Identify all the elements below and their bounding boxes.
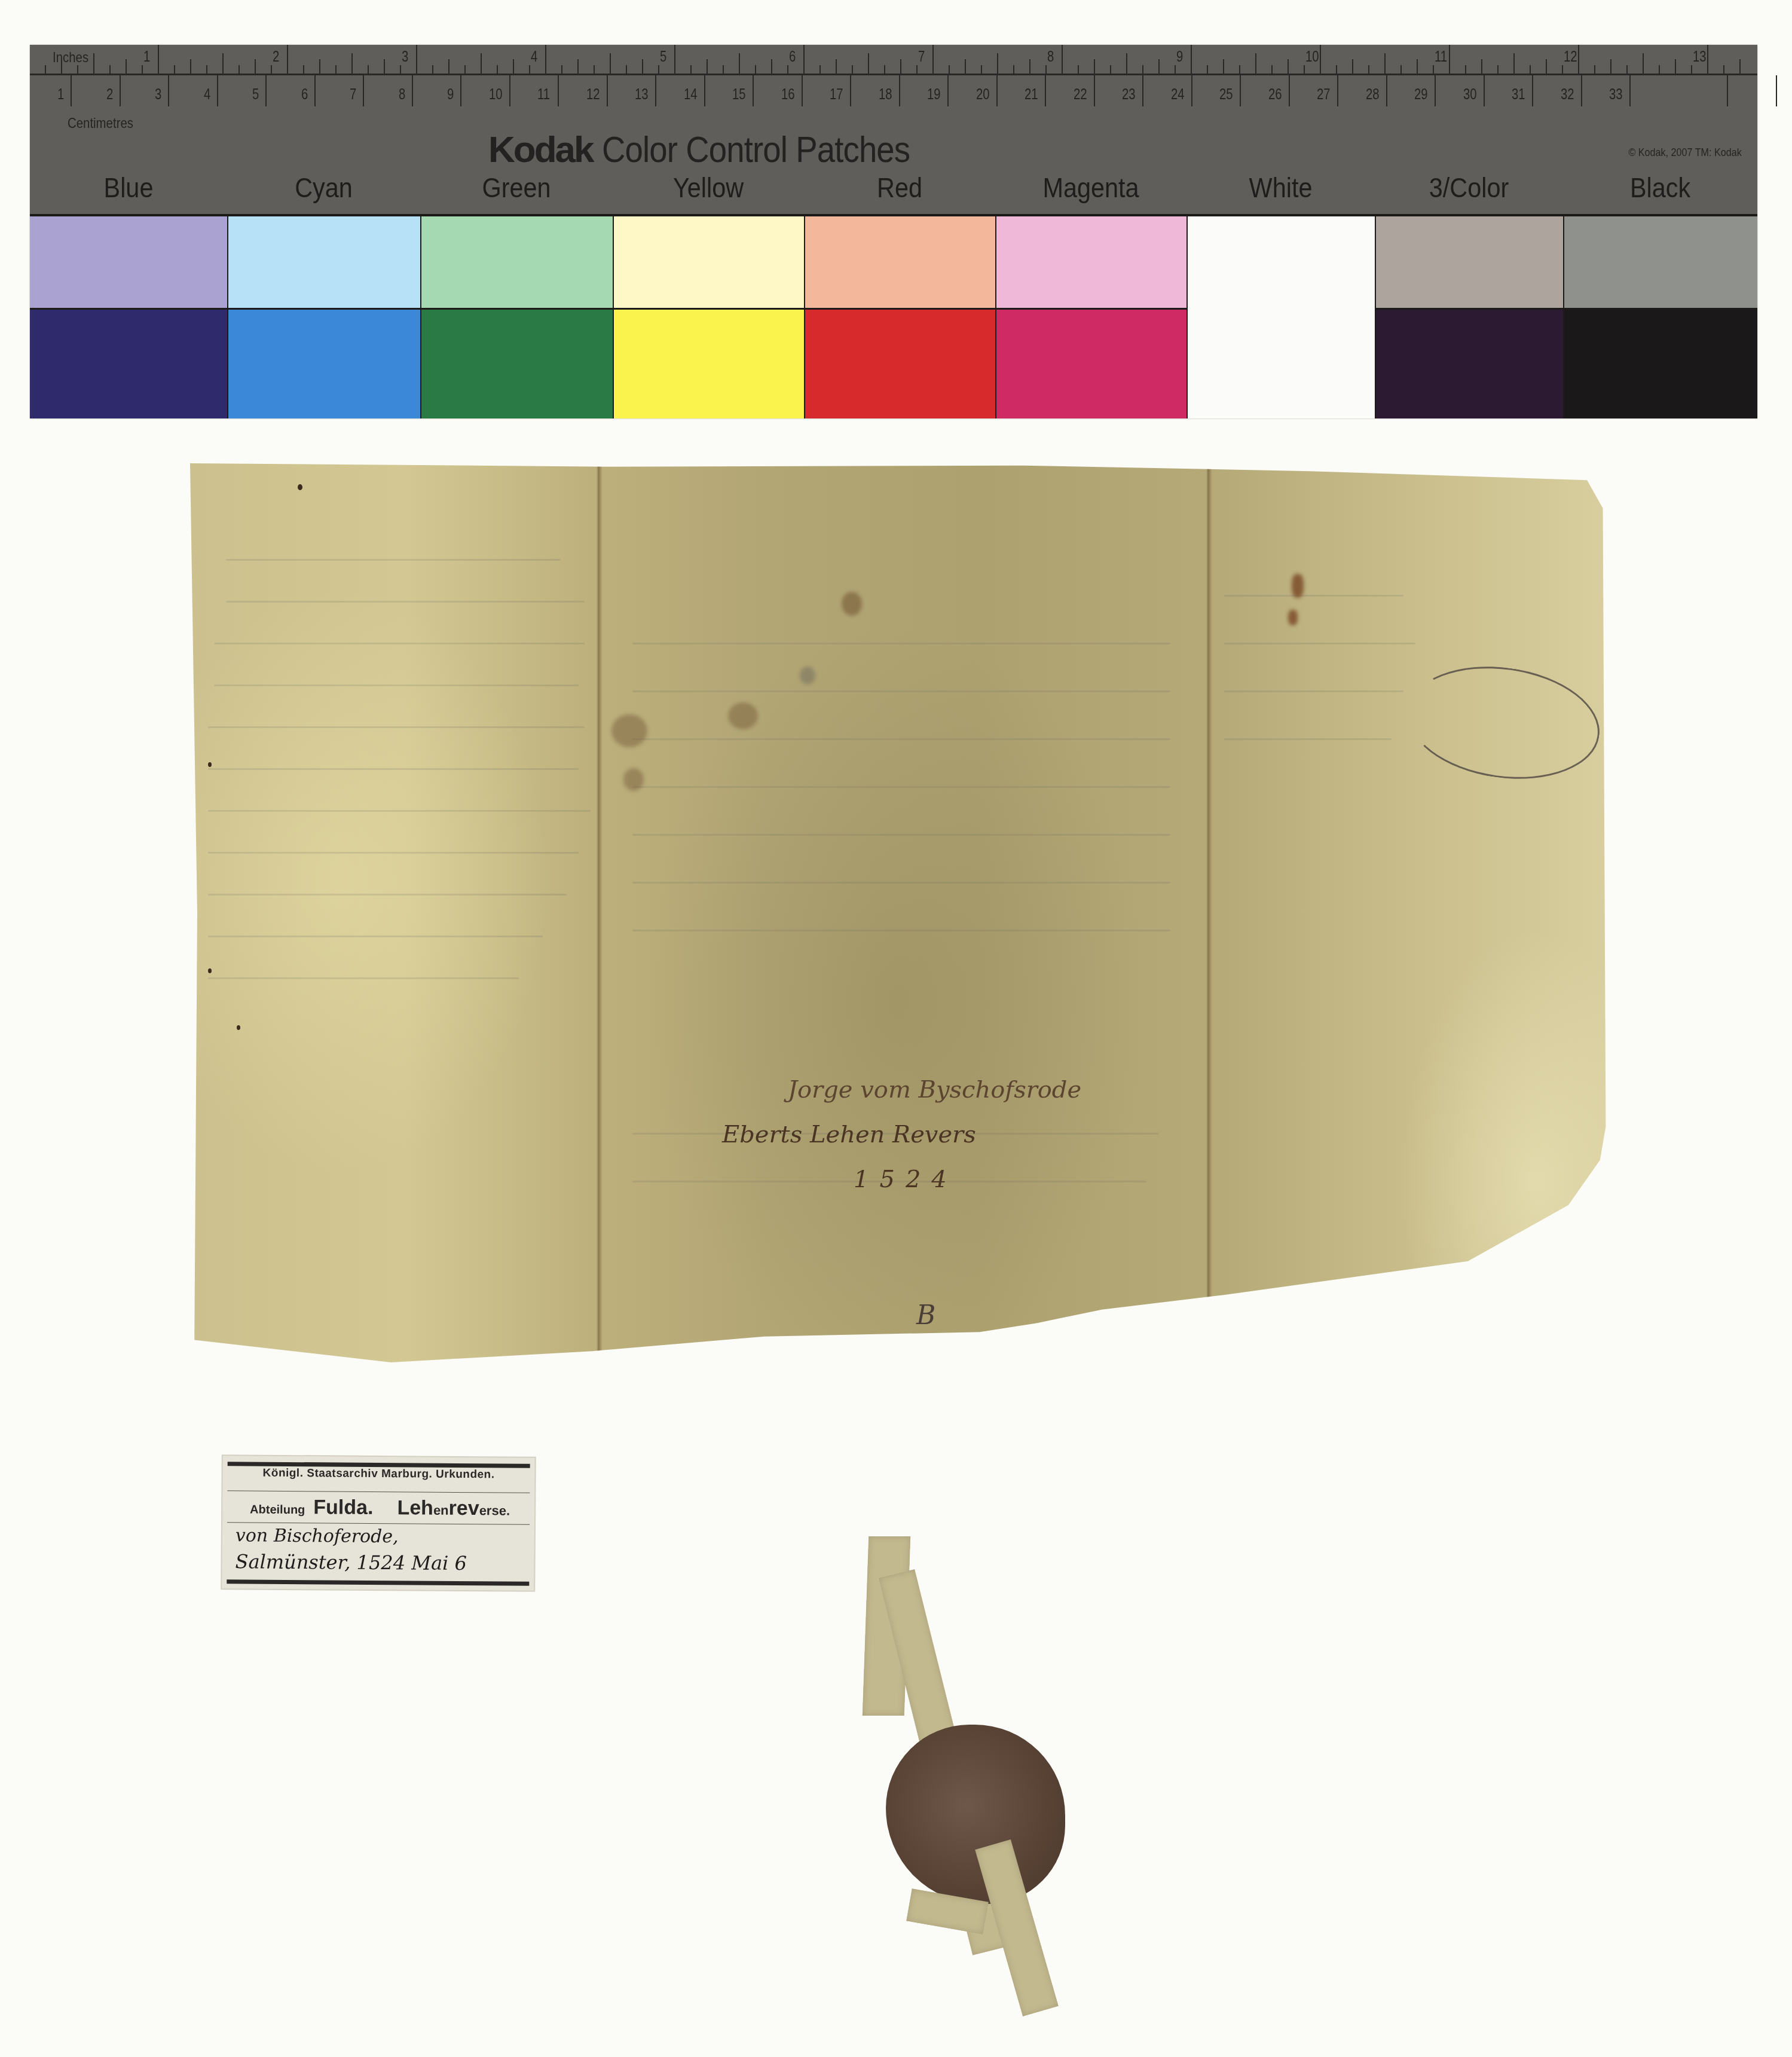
inch-ruler-tick <box>1158 59 1160 74</box>
inch-ruler-label: Inches <box>53 50 88 66</box>
inch-ruler-tick <box>949 65 950 74</box>
cm-ruler-number: 3 <box>155 86 161 102</box>
cm-ruler-number: 20 <box>976 86 990 102</box>
inch-ruler-tick <box>271 65 272 74</box>
inch-ruler-tick <box>206 65 207 74</box>
cm-ruler-number: 4 <box>204 86 210 102</box>
cm-ruler-tick <box>1386 75 1387 106</box>
cm-ruler-tick <box>947 75 949 106</box>
show-through-text <box>1224 595 1403 597</box>
inch-ruler-tick <box>1384 53 1386 74</box>
card-title: KodakColor Control Patches <box>488 129 952 171</box>
patch-dark-yellow <box>613 308 804 418</box>
inch-ruler-tick <box>852 65 853 74</box>
show-through-text <box>208 894 567 895</box>
inch-ruler-tick <box>1352 59 1353 74</box>
patch-name-black: Black <box>1573 172 1748 204</box>
inch-ruler-tick <box>1368 65 1369 74</box>
inch-ruler-tick <box>1207 65 1208 74</box>
cm-ruler-number: 22 <box>1074 86 1087 102</box>
cm-ruler-tick <box>1727 75 1728 106</box>
inch-ruler-tick <box>1288 59 1289 74</box>
inch-ruler-tick <box>690 65 692 74</box>
inch-ruler-tick <box>868 53 869 74</box>
show-through-text <box>632 930 1170 931</box>
inch-ruler-tick <box>158 45 159 74</box>
patch-name-yellow: Yellow <box>622 172 794 204</box>
cm-ruler-number: 1 <box>57 86 64 102</box>
cm-ruler-tick <box>412 75 413 106</box>
inch-ruler-tick <box>1094 59 1095 74</box>
cm-ruler-tick <box>850 75 851 106</box>
inch-ruler-tick <box>287 45 288 74</box>
inch-ruler-number: 10 <box>1305 48 1319 64</box>
cm-ruler-tick <box>1240 75 1241 106</box>
inch-ruler-tick <box>1626 65 1628 74</box>
inch-ruler-tick <box>1045 65 1047 74</box>
ink-dot <box>237 1025 240 1030</box>
cm-ruler-tick <box>899 75 900 106</box>
inch-ruler-tick <box>610 53 611 74</box>
patch-name-green: Green <box>430 172 603 204</box>
inch-ruler-tick <box>1739 59 1741 74</box>
inch-ruler-tick <box>432 65 433 74</box>
inch-ruler-tick <box>787 65 788 74</box>
inch-ruler-tick <box>481 53 482 74</box>
inch-ruler-number: 7 <box>918 48 925 64</box>
cm-ruler-number: 25 <box>1219 86 1233 102</box>
inch-ruler-tick <box>1610 59 1611 74</box>
stain <box>1292 574 1304 598</box>
inch-ruler-tick <box>916 65 918 74</box>
inch-ruler-tick <box>626 65 627 74</box>
kodak-color-control-card: Inches 12345678910111213 123456789101112… <box>30 45 1757 418</box>
endorsement-year: 1524 <box>854 1166 958 1193</box>
inch-ruler-tick <box>416 45 417 74</box>
inch-ruler-tick <box>109 65 111 74</box>
inch-ruler-tick <box>464 65 466 74</box>
cm-ruler-number: 12 <box>586 86 600 102</box>
cm-ruler-tick <box>1629 75 1631 106</box>
ink-dot <box>298 484 302 490</box>
patch-dark-magenta <box>995 308 1186 418</box>
patch-dark-black <box>1563 308 1757 418</box>
inch-ruler-tick <box>400 65 401 74</box>
archive-label: Königl. Staatsarchiv Marburg. Urkunden. … <box>222 1456 535 1591</box>
cm-ruler-number: 9 <box>447 86 454 102</box>
label-series-b: en <box>433 1503 449 1518</box>
patch-dark-blue <box>30 308 227 418</box>
inch-ruler-tick <box>707 59 708 74</box>
inch-ruler-tick <box>1320 45 1321 74</box>
patch-light-red <box>804 216 995 308</box>
centimetre-ruler: 1234567891011121314151617181920212223242… <box>30 75 1757 106</box>
show-through-text <box>226 601 585 603</box>
inch-ruler-tick <box>335 65 337 74</box>
cm-ruler-number: 10 <box>489 86 503 102</box>
stain <box>842 592 862 616</box>
cm-ruler-number: 17 <box>830 86 843 102</box>
cm-ruler-tick <box>753 75 754 106</box>
inch-ruler-tick <box>1546 59 1547 74</box>
inch-ruler-tick <box>1029 59 1030 74</box>
inch-ruler-tick <box>1400 65 1402 74</box>
inch-ruler-tick <box>126 59 127 74</box>
inch-ruler-number: 1 <box>143 48 150 64</box>
inch-ruler-tick <box>1255 53 1256 74</box>
patch-light-green <box>420 216 613 308</box>
show-through-text <box>632 882 1170 884</box>
inch-ruler-tick <box>755 65 756 74</box>
inch-ruler-tick <box>1578 45 1579 74</box>
patch-light-blue <box>30 216 227 308</box>
cm-ruler-tick <box>558 75 559 106</box>
inch-ruler-tick <box>819 65 821 74</box>
show-through-text <box>1224 690 1403 692</box>
show-through-text <box>214 684 579 686</box>
kodak-brand: Kodak <box>488 129 592 170</box>
inch-ruler-tick <box>1691 65 1692 74</box>
cm-ruler-tick <box>607 75 608 106</box>
cm-ruler-number: 18 <box>879 86 892 102</box>
cm-ruler-number: 33 <box>1609 86 1623 102</box>
patch-light-black <box>1563 216 1757 308</box>
cm-ruler-tick <box>71 75 72 106</box>
show-through-text <box>632 690 1170 692</box>
inch-ruler-tick <box>1417 59 1418 74</box>
cm-ruler-number: 16 <box>781 86 795 102</box>
patch-light-white <box>1186 216 1375 308</box>
card-title-text: Color Control Patches <box>602 129 910 171</box>
endorsement-line-2: Eberts Lehen Revers <box>722 1121 976 1148</box>
inch-ruler-tick <box>594 65 595 74</box>
show-through-text <box>208 936 543 937</box>
inch-ruler-tick <box>1433 65 1434 74</box>
inch-ruler-tick <box>642 59 643 74</box>
inch-ruler-tick <box>1497 65 1499 74</box>
inch-ruler-tick <box>1239 65 1240 74</box>
patch-name-white: White <box>1196 172 1366 204</box>
patch-name-red: Red <box>814 172 986 204</box>
cm-ruler-number: 27 <box>1317 86 1331 102</box>
inch-ruler-tick <box>142 65 143 74</box>
cm-ruler-number: 6 <box>301 86 308 102</box>
show-through-text <box>632 643 1170 644</box>
inch-ruler-number: 3 <box>402 48 408 64</box>
inch-ruler-tick <box>1643 53 1644 74</box>
cm-ruler-tick <box>704 75 705 106</box>
patch-dark-3-color <box>1375 308 1563 418</box>
endorsement-mark: B <box>916 1300 935 1331</box>
show-through-text <box>226 559 561 561</box>
cm-ruler-number: 15 <box>732 86 746 102</box>
cm-ruler-tick <box>1776 75 1777 106</box>
label-rule <box>227 1490 530 1493</box>
inch-ruler-tick <box>1175 65 1176 74</box>
label-series-a: Leh <box>397 1496 433 1519</box>
show-through-text <box>632 738 1170 740</box>
cm-ruler-tick <box>1435 75 1436 106</box>
cm-ruler-number: 8 <box>399 86 405 102</box>
inch-ruler-tick <box>1530 65 1531 74</box>
inch-ruler-tick <box>1562 65 1563 74</box>
cm-ruler-tick <box>460 75 461 106</box>
show-through-text <box>1224 643 1415 644</box>
inch-ruler-tick <box>1465 65 1466 74</box>
patch-name-3-color: 3/Color <box>1384 172 1554 204</box>
inch-ruler-tick <box>739 53 740 74</box>
inch-ruler-tick <box>93 53 94 74</box>
inch-ruler-tick <box>1449 45 1450 74</box>
cm-ruler-tick <box>1484 75 1485 106</box>
inch-ruler-number: 9 <box>1176 48 1183 64</box>
cm-ruler-tick <box>265 75 267 106</box>
inch-ruler-tick <box>1110 65 1111 74</box>
cm-ruler-tick <box>1142 75 1143 106</box>
patch-dark-green <box>420 308 613 418</box>
cm-ruler-tick <box>1581 75 1582 106</box>
inch-ruler-tick <box>384 59 385 74</box>
cm-ruler-number: 26 <box>1268 86 1282 102</box>
show-through-text <box>1224 738 1392 740</box>
cm-ruler-number: 30 <box>1463 86 1477 102</box>
inch-ruler-tick <box>529 65 530 74</box>
inch-ruler-tick <box>174 65 175 74</box>
inch-ruler-tick <box>77 65 78 74</box>
wax-seal <box>886 1725 1065 1904</box>
patch-light-cyan <box>227 216 420 308</box>
cm-ruler-number: 24 <box>1171 86 1185 102</box>
cm-ruler-tick <box>1532 75 1533 106</box>
cm-ruler-number: 32 <box>1561 86 1574 102</box>
label-bottom-bar <box>227 1579 529 1586</box>
inch-ruler-tick <box>1707 45 1708 74</box>
inch-ruler-tick <box>351 53 353 74</box>
fold-line-right <box>1206 463 1212 1587</box>
inch-ruler-number: 11 <box>1435 48 1447 64</box>
inch-ruler-tick <box>238 65 240 74</box>
endorsement-signature: v. Byschofsrode <box>937 1429 1201 1468</box>
label-series-c: rev <box>449 1497 479 1520</box>
inch-ruler-tick <box>497 65 498 74</box>
show-through-text <box>208 726 585 728</box>
inch-ruler-tick <box>1304 65 1305 74</box>
label-rule <box>227 1522 530 1525</box>
stain <box>611 714 647 747</box>
patch-dark-white <box>1186 308 1375 418</box>
cm-ruler-tick <box>314 75 316 106</box>
inch-ruler: Inches 12345678910111213 <box>30 45 1757 75</box>
cm-ruler-number: 13 <box>635 86 649 102</box>
inch-ruler-tick <box>1271 65 1273 74</box>
cm-ruler-tick <box>217 75 218 106</box>
inch-ruler-tick <box>1191 45 1192 74</box>
inch-ruler-tick <box>448 59 449 74</box>
inch-ruler-tick <box>368 65 369 74</box>
stain <box>728 702 758 729</box>
inch-ruler-tick <box>997 53 998 74</box>
inch-ruler-tick <box>255 59 256 74</box>
inch-ruler-tick <box>513 59 514 74</box>
inch-ruler-tick <box>1659 65 1660 74</box>
patch-light-yellow <box>613 216 804 308</box>
show-through-text <box>208 768 579 770</box>
cm-ruler-tick <box>1337 75 1338 106</box>
centimetre-ruler-label: Centimetres <box>68 115 133 132</box>
inch-ruler-tick <box>1675 59 1676 74</box>
inch-ruler-tick <box>900 59 901 74</box>
patch-light-3-color <box>1375 216 1563 308</box>
fold-line-left <box>597 463 603 1587</box>
parchment-document: Jorge vom Byschofsrode Eberts Lehen Reve… <box>190 463 1626 1587</box>
inch-ruler-tick <box>981 65 982 74</box>
inch-ruler-tick <box>577 59 579 74</box>
inch-ruler-number: 6 <box>789 48 796 64</box>
show-through-text <box>208 852 579 854</box>
cm-ruler-number: 19 <box>927 86 941 102</box>
label-archive-name: Königl. Staatsarchiv Marburg. Urkunden. <box>223 1466 535 1482</box>
patch-name-blue: Blue <box>40 172 218 204</box>
patch-light-magenta <box>995 216 1186 308</box>
label-department-name: Fulda. <box>313 1496 373 1519</box>
cm-ruler-number: 28 <box>1366 86 1380 102</box>
inch-ruler-tick <box>674 45 675 74</box>
inch-ruler-number: 5 <box>660 48 666 64</box>
cm-ruler-number: 29 <box>1414 86 1428 102</box>
cm-ruler-tick <box>168 75 169 106</box>
show-through-text <box>214 643 585 644</box>
inch-ruler-tick <box>803 45 805 74</box>
cm-ruler-number: 7 <box>350 86 356 102</box>
inch-ruler-tick <box>222 53 224 74</box>
cm-ruler-tick <box>363 75 364 106</box>
patch-names-row: BlueCyanGreenYellowRedMagentaWhite3/Colo… <box>30 172 1757 207</box>
label-series-d: erse. <box>479 1503 510 1518</box>
stain <box>800 667 815 684</box>
inch-ruler-tick <box>190 59 191 74</box>
show-through-text <box>632 834 1170 836</box>
cm-ruler-number: 21 <box>1025 86 1038 102</box>
copyright-notice: © Kodak, 2007 TM: Kodak <box>1629 146 1742 160</box>
inch-ruler-tick <box>1062 45 1063 74</box>
inch-ruler-tick <box>1594 65 1595 74</box>
cm-ruler-tick <box>996 75 998 106</box>
cm-ruler-tick <box>1191 75 1192 106</box>
cm-ruler-tick <box>1045 75 1046 106</box>
patch-name-magenta: Magenta <box>1005 172 1177 204</box>
cm-ruler-number: 11 <box>537 86 550 102</box>
patch-dark-red <box>804 308 995 418</box>
cm-ruler-number: 14 <box>684 86 698 102</box>
cm-ruler-number: 31 <box>1512 86 1525 102</box>
inch-ruler-tick <box>45 65 46 74</box>
label-department-prefix: Abteilung <box>250 1503 305 1517</box>
inch-ruler-tick <box>658 65 659 74</box>
inch-ruler-number: 4 <box>531 48 537 64</box>
inch-ruler-tick <box>1078 65 1079 74</box>
stain <box>623 768 644 791</box>
label-handwritten-family: von Bischoferode, <box>236 1525 399 1547</box>
inch-ruler-tick <box>1723 65 1724 74</box>
inch-ruler-tick <box>545 45 546 74</box>
inch-ruler-tick <box>319 59 320 74</box>
cm-ruler-tick <box>1094 75 1095 106</box>
inch-ruler-number: 12 <box>1564 48 1577 64</box>
stain <box>1288 610 1298 625</box>
cm-ruler-number: 2 <box>106 86 113 102</box>
ink-dot <box>208 762 212 767</box>
cm-ruler-tick <box>120 75 121 106</box>
inch-ruler-tick <box>1142 65 1143 74</box>
patch-dark-cyan <box>227 308 420 418</box>
inch-ruler-tick <box>771 59 772 74</box>
inch-ruler-tick <box>561 65 562 74</box>
cm-ruler-tick <box>655 75 656 106</box>
inch-ruler-tick <box>932 45 934 74</box>
show-through-text <box>632 786 1170 788</box>
label-department: AbteilungFulda.Lehenreverse. <box>250 1496 510 1521</box>
inch-ruler-tick <box>1481 59 1482 74</box>
ink-dot <box>208 968 212 973</box>
show-through-text <box>208 810 591 812</box>
inch-ruler-tick <box>1513 53 1515 74</box>
inch-ruler-tick <box>1336 65 1337 74</box>
endorsement-line-1: Jorge vom Byschofsrode <box>788 1076 1081 1104</box>
cm-ruler-tick <box>1289 75 1290 106</box>
inch-ruler-tick <box>723 65 724 74</box>
cm-ruler-number: 5 <box>252 86 259 102</box>
cm-ruler-tick <box>802 75 803 106</box>
inch-ruler-tick <box>965 59 966 74</box>
inch-ruler-tick <box>884 65 885 74</box>
patch-name-cyan: Cyan <box>237 172 411 204</box>
inch-ruler-number: 13 <box>1693 48 1707 64</box>
inch-ruler-tick <box>1223 59 1224 74</box>
inch-ruler-tick <box>1126 53 1127 74</box>
inch-ruler-number: 2 <box>273 48 279 64</box>
cm-ruler-number: 23 <box>1122 86 1136 102</box>
show-through-text <box>208 977 519 979</box>
pencil-oval-mark <box>1400 655 1607 790</box>
label-handwritten-place-date: Salmünster, 1524 Mai 6 <box>235 1550 467 1575</box>
inch-ruler-tick <box>836 59 837 74</box>
cm-ruler-tick <box>509 75 510 106</box>
inch-ruler-tick <box>303 65 304 74</box>
inch-ruler-tick <box>1013 65 1014 74</box>
inch-ruler-number: 8 <box>1047 48 1054 64</box>
inch-ruler-tick <box>61 59 62 74</box>
